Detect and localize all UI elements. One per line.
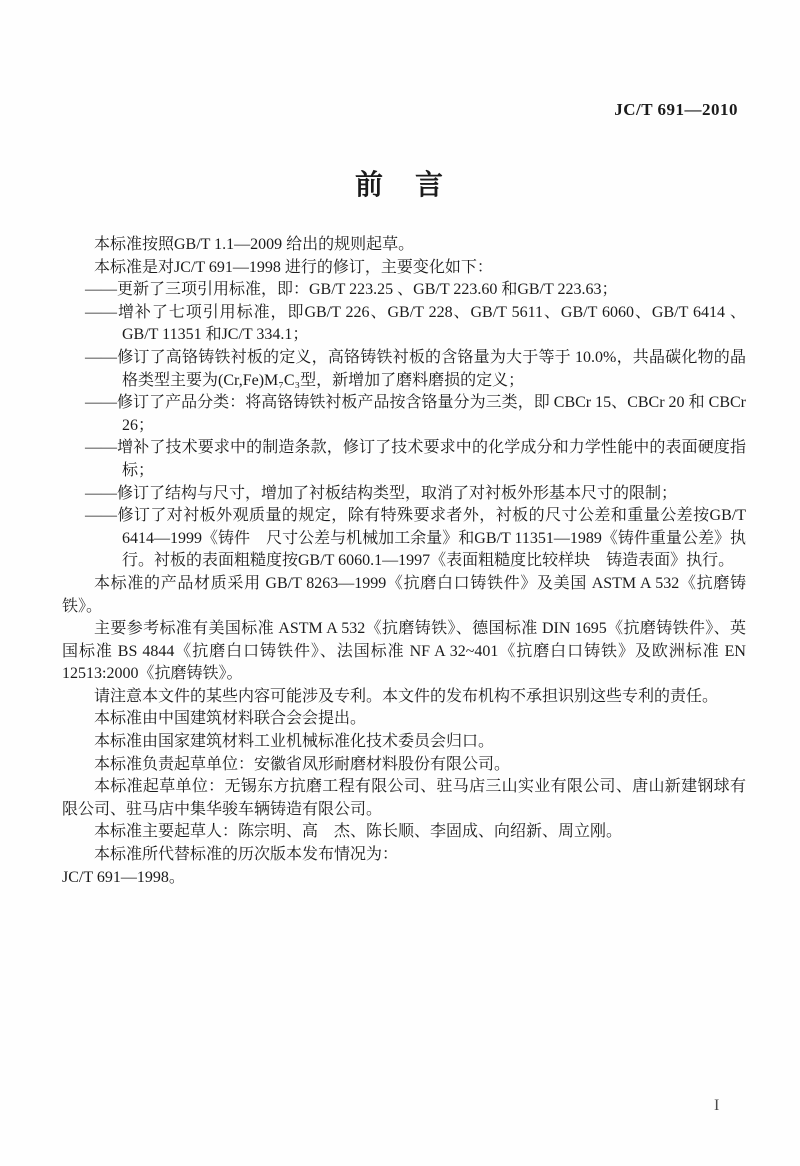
foreword-paragraph: 本标准是对JC/T 691—1998 进行的修订，主要变化如下： [62, 257, 746, 280]
foreword-paragraph: 主要参考标准有美国标准 ASTM A 532《抗磨铸铁》、德国标准 DIN 16… [62, 618, 746, 686]
foreword-paragraph: 请注意本文件的某些内容可能涉及专利。本文件的发布机构不承担识别这些专利的责任。 [62, 686, 746, 709]
foreword-change-item: ——修订了对衬板外观质量的规定，除有特殊要求者外，衬板的尺寸公差和重量公差按GB… [62, 505, 746, 573]
standard-number: JC/T 691—2010 [614, 100, 738, 120]
foreword-paragraph: 本标准负责起草单位：安徽省凤形耐磨材料股份有限公司。 [62, 754, 746, 777]
foreword-paragraph: 本标准由中国建筑材料联合会会提出。 [62, 708, 746, 731]
document-page: JC/T 691—2010 前 言 本标准按照GB/T 1.1—2009 给出的… [0, 0, 800, 1166]
foreword-paragraph: JC/T 691—1998。 [62, 867, 746, 890]
foreword-paragraph: 本标准所代替标准的历次版本发布情况为： [62, 844, 746, 867]
foreword-paragraph: 本标准起草单位：无锡东方抗磨工程有限公司、驻马店三山实业有限公司、唐山新建钢球有… [62, 776, 746, 821]
foreword-change-item: ——修订了产品分类：将高铬铸铁衬板产品按含铬量分为三类，即 CBCr 15、CB… [62, 392, 746, 437]
foreword-paragraph: 本标准由国家建筑材料工业机械标准化技术委员会归口。 [62, 731, 746, 754]
page-number: I [714, 1097, 719, 1115]
foreword-change-item: ——增补了技术要求中的制造条款，修订了技术要求中的化学成分和力学性能中的表面硬度… [62, 437, 746, 482]
foreword-change-item: ——修订了高铬铸铁衬板的定义，高铬铸铁衬板的含铬量为大于等于 10.0%，共晶碳… [62, 347, 746, 392]
foreword-paragraph: 本标准按照GB/T 1.1—2009 给出的规则起草。 [62, 234, 746, 257]
foreword-change-item: ——增补了七项引用标准，即GB/T 226、GB/T 228、GB/T 5611… [62, 302, 746, 347]
foreword-paragraph: 本标准的产品材质采用 GB/T 8263—1999《抗磨白口铸铁件》及美国 AS… [62, 573, 746, 618]
foreword-body: 本标准按照GB/T 1.1—2009 给出的规则起草。 本标准是对JC/T 69… [62, 234, 746, 889]
page-title: 前 言 [0, 163, 800, 203]
foreword-change-item: ——更新了三项引用标准，即：GB/T 223.25 、GB/T 223.60 和… [62, 279, 746, 302]
foreword-change-item: ——修订了结构与尺寸，增加了衬板结构类型，取消了对衬板外形基本尺寸的限制； [62, 483, 746, 506]
foreword-paragraph: 本标准主要起草人：陈宗明、高 杰、陈长顺、李固成、向绍新、周立刚。 [62, 821, 746, 844]
